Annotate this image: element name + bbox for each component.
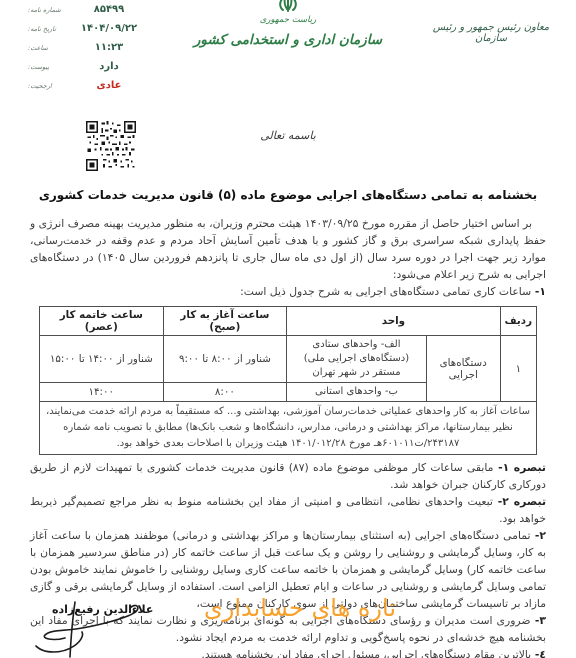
col-header-start: ساعت آغاز به کار (صبح) <box>163 307 287 336</box>
row-number-cell: ۱ <box>500 336 536 402</box>
table-footnote: ساعات آغاز به کار واحدهای عملیاتی خدمات‌… <box>40 402 537 455</box>
note-2-text: تبعیت واحدهای نظامی، انتظامی و امنیتی از… <box>30 495 546 525</box>
item-3-number: ۳- <box>531 614 546 627</box>
col-header-end: ساعت خاتمه کار (عصر) <box>40 307 164 336</box>
basmala: باسمه تعالی <box>0 129 576 142</box>
note-2: تبصره ۲- تبعیت واحدهای نظامی، انتظامی و … <box>30 493 546 527</box>
letter-number: ۸۵۴۹۹ <box>72 4 146 15</box>
item-1: ۱- ساعات کاری تمامی دستگاه‌های اجرایی به… <box>30 283 546 300</box>
site-watermark: تازه های حسابداری <box>150 594 450 622</box>
group-cell: دستگاه‌های اجرایی <box>426 336 500 402</box>
intro-paragraph: بر اساس اختیار حاصل از مقرره مورخ ۱۴۰۳/۰… <box>30 215 546 283</box>
item-4-number: ٤- <box>531 648 546 658</box>
item-1-text: ساعات کاری تمامی دستگاه‌های اجرایی به شر… <box>240 285 531 298</box>
note-1-label: تبصره ۱- <box>493 461 546 474</box>
priority-label: ارجحیت: <box>24 82 72 90</box>
circular-title: بخشنامه به تمامی دستگاه‌های اجرایی موضوع… <box>30 188 546 202</box>
iran-emblem-icon <box>275 0 301 13</box>
circular-letter-page: ۸۵۴۹۹ شماره نامه: ۱۴۰۴/۰۹/۲۲ تاریخ نامه:… <box>0 0 576 658</box>
letter-number-label: شماره نامه: <box>24 6 72 14</box>
table-header-row: ردیف واحد ساعت آغاز به کار (صبح) ساعت خا… <box>40 307 537 336</box>
unit-cell-b: ب- واحدهای استانی <box>287 383 427 402</box>
col-header-row-no: ردیف <box>500 307 536 336</box>
item-1-number: ۱- <box>531 285 546 298</box>
signer-position-title: معاون رئیس جمهور و رئیس سازمان <box>416 22 566 44</box>
attachment-label: پیوست: <box>24 63 72 71</box>
handwritten-signature <box>18 598 153 658</box>
priority-status: عادی <box>72 80 146 91</box>
table-footnote-row: ساعات آغاز به کار واحدهای عملیاتی خدمات‌… <box>40 402 537 455</box>
meta-row-priority: عادی ارجحیت: <box>24 76 146 95</box>
working-hours-table: ردیف واحد ساعت آغاز به کار (صبح) ساعت خا… <box>39 306 537 455</box>
item-2-number: ۲- <box>531 529 547 542</box>
end-cell-a: شناور از ۱۴:۰۰ تا ۱۵:۰۰ <box>40 336 164 383</box>
meta-row-attachment: دارد پیوست: <box>24 57 146 76</box>
note-1-text: مابقی ساعات کار موظفی موضوع ماده (۸۷) قا… <box>30 461 546 491</box>
table-row: ۱ دستگاه‌های اجرایی الف- واحدهای ستادی (… <box>40 336 537 383</box>
note-2-label: تبصره ۲- <box>493 495 546 508</box>
item-4-text: بالاترین مقام دستگاه‌های اجرایی، مسئول ا… <box>201 648 531 658</box>
letter-body: بخشنامه به تمامی دستگاه‌های اجرایی موضوع… <box>30 188 546 658</box>
attachment-status: دارد <box>72 61 146 72</box>
start-cell-b: ۸:۰۰ <box>163 383 287 402</box>
end-cell-b: ۱۴:۰۰ <box>40 383 164 402</box>
unit-cell-a: الف- واحدهای ستادی (دستگاه‌های اجرایی مل… <box>287 336 427 383</box>
col-header-unit: واحد <box>287 307 500 336</box>
note-1: تبصره ۱- مابقی ساعات کار موظفی موضوع ماد… <box>30 459 546 493</box>
start-cell-a: شناور از ۸:۰۰ تا ۹:۰۰ <box>163 336 287 383</box>
